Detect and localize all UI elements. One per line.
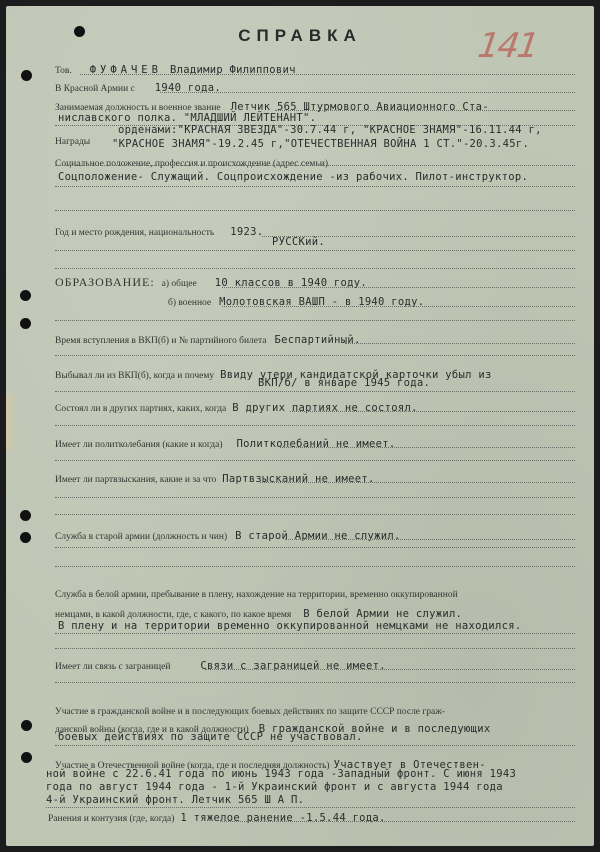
value: В белой Армии не служил. (303, 608, 462, 620)
rule (205, 669, 575, 670)
rule (55, 425, 575, 426)
rule (290, 411, 575, 412)
field-political-hesitation: Имеет ли политколебания (какие и когда) … (55, 434, 575, 452)
field-abroad: Имеет ли связь с заграницей Связи с загр… (55, 656, 575, 674)
rule (55, 391, 575, 392)
value-line4: 4-й Украинский фронт. Летчик 565 Ш А П. (46, 794, 304, 806)
value: Политколебаний не имеет. (237, 438, 396, 450)
rule (55, 186, 575, 187)
label: Участие в гражданской войне и в последую… (55, 707, 445, 717)
torn-edge (6, 395, 18, 450)
field-wounds: Ранения и контузия (где, когда) 1 тяжело… (48, 808, 575, 826)
rule (55, 566, 575, 567)
sub-label: а) общее (162, 279, 197, 289)
label: Тов. (55, 66, 72, 76)
field-old-army: Служба в старой армии (должность и чин) … (55, 526, 575, 544)
rule (280, 447, 575, 448)
field-white-army: Служба в белой армии, пребывание в плену… (55, 584, 575, 602)
rule (55, 250, 575, 251)
rule (55, 514, 575, 515)
label: Год и место рождения, национальность (55, 228, 214, 238)
label: Служба в старой армии (должность и чин) (55, 532, 227, 542)
value: В старой Армии не служил. (235, 530, 401, 542)
rule (220, 821, 575, 822)
label: Ранения и контузия (где, когда) (48, 814, 174, 824)
value-line3: года по август 1944 года - 1-й Украински… (46, 781, 503, 793)
rule (55, 547, 575, 548)
awards-line2: "КРАСНОЕ ЗНАМЯ"-19.2.45 г,"ОТЕЧЕСТВЕННАЯ… (112, 138, 529, 150)
label-continued: немцами, в какой должности, где, с каког… (55, 610, 291, 620)
rule (55, 268, 575, 269)
label: Служба в белой армии, пребывание в плену… (55, 590, 458, 600)
field-education-military: б) военное Молотовская ВАШП - в 1940 год… (168, 292, 575, 310)
rule (55, 355, 575, 356)
field-civil-war: Участие в гражданской войне и в последую… (55, 701, 575, 719)
rule (55, 320, 575, 321)
rule (55, 648, 575, 649)
rule (222, 306, 575, 307)
punch-hole-icon (20, 532, 31, 543)
value-continued: В плену и на территории временно оккупир… (58, 620, 522, 632)
field-comrade: Тов. ФУФАЧЕВ Владимир Филиппович (55, 60, 575, 78)
rule (55, 210, 575, 211)
rule (55, 745, 575, 746)
label: Состоял ли в других партиях, каких, когд… (55, 404, 226, 414)
rule (160, 92, 575, 93)
birth-year: 1923. (230, 226, 263, 238)
label: Имеет ли политколебания (какие и когда) (55, 440, 223, 450)
punch-hole-icon (21, 720, 32, 731)
label: Социальное положение, профессия и происх… (55, 159, 328, 169)
label: Награды (55, 137, 90, 147)
value-line2: ной войне с 22.6.41 года по июнь 1943 го… (46, 768, 516, 780)
label: Время вступления в ВКП(б) и № партийного… (55, 336, 267, 346)
punch-hole-icon (21, 752, 32, 763)
field-party-penalties: Имеет ли партвзыскания, какие и за что П… (55, 469, 575, 487)
value: Партвзысканий не имеет. (222, 473, 374, 485)
rule (285, 539, 575, 540)
sub-label: б) военное (168, 298, 211, 308)
label: Имеет ли партвзыскания, какие и за что (55, 475, 216, 485)
awards-line1: орденами:"КРАСНАЯ ЗВЕЗДА"-30.7.44 г, "КР… (118, 124, 542, 136)
value: Связи с заграницей не имеет. (200, 660, 385, 672)
value: В других партиях не состоял. (232, 402, 417, 414)
field-social: Социальное положение, профессия и происх… (55, 153, 575, 171)
rule (55, 165, 575, 166)
label: ОБРАЗОВАНИЕ: (55, 275, 155, 289)
punch-hole-icon (20, 290, 31, 301)
rule (345, 343, 575, 344)
value-continued: ниславского полка. "МЛАДШИЙ ЛЕЙТЕНАНТ". (58, 112, 316, 124)
rule (55, 682, 575, 683)
field-other-parties: Состоял ли в других партиях, каких, когд… (55, 398, 575, 416)
rule (55, 633, 575, 634)
value: 1 тяжелое ранение -1.5.44 года. (180, 812, 385, 824)
value-continued: боевых действиях по защите СССР не участ… (58, 731, 363, 743)
rule (260, 482, 575, 483)
rule (275, 110, 575, 111)
rule (55, 497, 575, 498)
rule (55, 460, 575, 461)
label: В Красной Армии с (55, 84, 135, 94)
field-party-join: Время вступления в ВКП(б) и № партийного… (55, 330, 575, 348)
label: Выбывал ли из ВКП(б), когда и почему (55, 371, 214, 381)
nationality: РУССКий. (272, 236, 325, 248)
punch-hole-icon (21, 70, 32, 81)
rule (80, 74, 575, 75)
rule (222, 287, 575, 288)
value: Беспартийный. (275, 334, 361, 346)
label: Имеет ли связь с заграницей (55, 662, 170, 672)
punch-hole-icon (20, 510, 31, 521)
field-education-general: ОБРАЗОВАНИЕ: а) общее 10 классов в 1940 … (55, 273, 575, 291)
punch-hole-icon (20, 318, 31, 329)
field-red-army-since: В Красной Армии с 1940 года. (55, 78, 575, 96)
value-continued: ВКП/б/ в январе 1945 года. (258, 377, 430, 389)
social-value: Соцположение- Служащий. Соцпроисхождение… (58, 171, 528, 183)
